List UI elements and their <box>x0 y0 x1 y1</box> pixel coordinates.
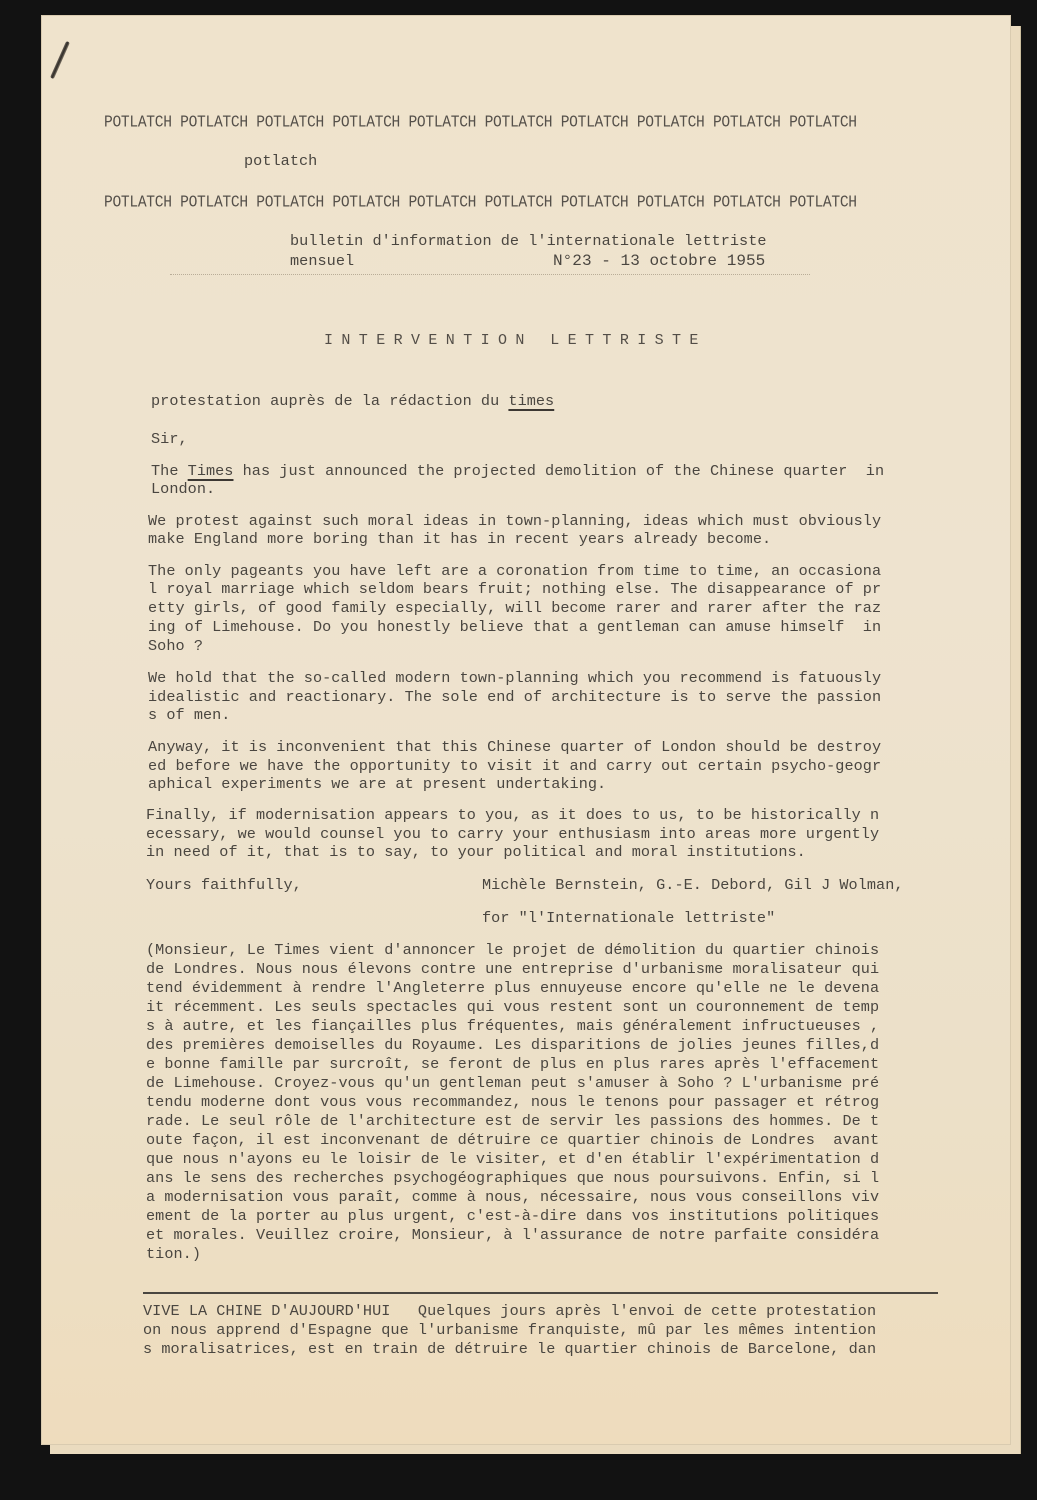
masthead-subtitle: potlatch <box>244 152 317 170</box>
paragraph-6-line: Finally, if modernisation appears to you… <box>146 806 879 824</box>
paragraph-4-line: s of men. <box>148 706 230 724</box>
french-version-line: ement de la porter au plus urgent, c'est… <box>146 1207 879 1225</box>
french-version-line: a modernisation vous paraît, comme à nou… <box>146 1188 879 1206</box>
french-version-line: tion.) <box>146 1245 201 1263</box>
periodicity: mensuel <box>290 252 354 270</box>
paragraph-6-line: in need of it, that is to say, to your p… <box>146 843 806 861</box>
faint-divider <box>170 274 810 276</box>
bulletin-tagline: bulletin d'information de l'internationa… <box>290 232 767 250</box>
next-article-line: on nous apprend d'Espagne que l'urbanism… <box>143 1321 876 1339</box>
scan-background: POTLATCH POTLATCH POTLATCH POTLATCH POTL… <box>0 0 1037 1500</box>
p1-times: Times <box>188 462 234 480</box>
paragraph-4-line: idealistic and reactionary. The sole end… <box>148 688 881 706</box>
french-version-line: tendu moderne dont vous vous recommandez… <box>146 1093 879 1111</box>
paragraph-2-line: make England more boring than it has in … <box>148 530 771 548</box>
next-article-line: s moralisatrices, est en train de détrui… <box>143 1340 876 1358</box>
french-version-line: et morales. Veuillez croire, Monsieur, à… <box>146 1226 879 1244</box>
paragraph-5-line: ed before we have the opportunity to vis… <box>148 757 881 775</box>
paragraph-2-line: We protest against such moral ideas in t… <box>148 512 881 530</box>
p1-text: The <box>151 462 188 480</box>
french-version-line: s à autre, et les fiançailles plus fréqu… <box>146 1017 879 1035</box>
paragraph-3-line: etty girls, of good family especially, w… <box>148 599 881 617</box>
paragraph-3-line: Soho ? <box>148 637 203 655</box>
paragraph-6-line: ecessary, we would counsel you to carry … <box>146 825 879 843</box>
subheading-text: protestation auprès de la rédaction du <box>151 392 508 410</box>
article-title: INTERVENTION LETTRISTE <box>324 332 707 349</box>
signatories-affiliation: for "l'Internationale lettriste" <box>482 909 775 927</box>
paragraph-3-line: l royal marriage which seldom bears frui… <box>148 580 881 598</box>
paragraph-1-line-1: The Times has just announced the project… <box>151 462 884 480</box>
paragraph-3-line: ing of Limehouse. Do you honestly believ… <box>148 618 881 636</box>
french-version-line: e bonne famille par surcroît, se feront … <box>146 1055 879 1073</box>
french-version-line: des premières demoiselles du Royaume. Le… <box>146 1036 879 1054</box>
paragraph-4-line: We hold that the so-called modern town-p… <box>148 669 881 687</box>
french-version-line: (Monsieur, Le Times vient d'annoncer le … <box>146 941 879 959</box>
masthead-banner-top: POTLATCH POTLATCH POTLATCH POTLATCH POTL… <box>104 114 857 132</box>
paragraph-3-line: The only pageants you have left are a co… <box>148 562 881 580</box>
closing: Yours faithfully, <box>146 876 302 894</box>
masthead-banner-bottom: POTLATCH POTLATCH POTLATCH POTLATCH POTL… <box>104 194 857 212</box>
french-version-line: ans le sens des recherches psychogéograp… <box>146 1169 879 1187</box>
subheading-times: times <box>508 392 554 410</box>
salutation: Sir, <box>151 430 188 448</box>
french-version-line: que nous n'ayons eu le loisir de le visi… <box>146 1150 879 1168</box>
paragraph-5-line: aphical experiments we are at present un… <box>148 775 606 793</box>
french-version-line: oute façon, il est inconvenant de détrui… <box>146 1131 879 1149</box>
french-version-line: tend évidemment à rendre l'Angleterre pl… <box>146 979 879 997</box>
paragraph-1-line-2: London. <box>151 480 215 498</box>
signatories: Michèle Bernstein, G.-E. Debord, Gil J W… <box>482 876 904 894</box>
article-subheading: protestation auprès de la rédaction du t… <box>151 392 554 410</box>
document-text: POTLATCH POTLATCH POTLATCH POTLATCH POTL… <box>0 0 1037 1500</box>
french-version-line: rade. Le seul rôle de l'architecture est… <box>146 1112 879 1130</box>
french-version-line: de Limehouse. Croyez-vous qu'un gentlema… <box>146 1074 879 1092</box>
section-divider <box>143 1292 938 1294</box>
p1-text-rest: has just announced the projected demolit… <box>233 462 884 480</box>
next-article-text: Quelques jours après l'envoi de cette pr… <box>390 1302 876 1320</box>
french-version-line: de Londres. Nous nous élevons contre une… <box>146 960 879 978</box>
french-version-line: it récemment. Les seuls spectacles qui v… <box>146 998 879 1016</box>
issue-number-date: N°23 - 13 octobre 1955 <box>553 252 765 270</box>
next-article-line-1: VIVE LA CHINE D'AUJOURD'HUI Quelques jou… <box>143 1302 876 1320</box>
next-article-heading: VIVE LA CHINE D'AUJOURD'HUI <box>143 1302 390 1320</box>
paragraph-5-line: Anyway, it is inconvenient that this Chi… <box>148 738 881 756</box>
